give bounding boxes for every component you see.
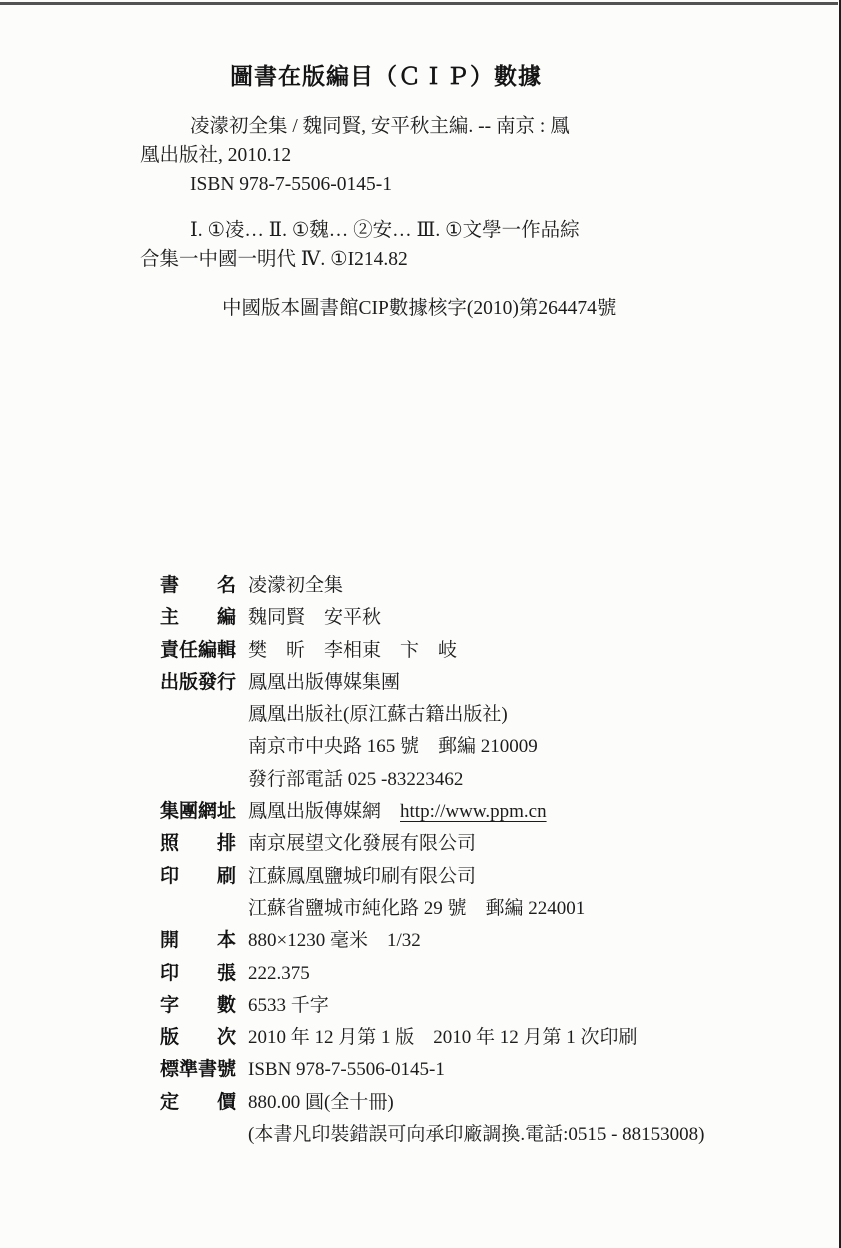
colophon-line-printer-address: 江蘇省鹽城市純化路 29 號 郵編 224001	[160, 893, 800, 925]
field-value: 南京展望文化發展有限公司	[248, 828, 476, 860]
field-label: 印張	[160, 958, 236, 990]
colophon-line-edition: 版次 2010 年 12 月第 1 版 2010 年 12 月第 1 次印刷	[160, 1022, 800, 1054]
field-value: 222.375	[248, 958, 310, 990]
field-value: 發行部電話 025 -83223462	[248, 764, 463, 796]
field-label	[160, 893, 236, 925]
cip-classification-line1: Ⅰ. ①凌… Ⅱ. ①魏… ②安… Ⅲ. ①文學一作品綜	[140, 216, 755, 245]
field-label: 集團網址	[160, 796, 236, 828]
field-label	[160, 764, 236, 796]
colophon-line-distribution-phone: 發行部電話 025 -83223462	[160, 764, 800, 796]
field-label: 出版發行	[160, 667, 236, 699]
field-label: 開本	[160, 925, 236, 957]
field-value: 樊 昕 李相東 卞 岐	[248, 635, 457, 667]
field-value: 鳳凰出版傳媒網 http://www.ppm.cn	[248, 796, 547, 828]
field-label: 照排	[160, 828, 236, 860]
field-value: 2010 年 12 月第 1 版 2010 年 12 月第 1 次印刷	[248, 1022, 638, 1054]
field-label: 標準書號	[160, 1054, 236, 1086]
field-value: ISBN 978-7-5506-0145-1	[248, 1054, 445, 1086]
scan-edge-top	[0, 2, 838, 5]
colophon-line-format: 開本 880×1230 毫米 1/32	[160, 925, 800, 957]
field-label: 主編	[160, 602, 236, 634]
colophon-line-publisher-cont: 鳳凰出版社(原江蘇古籍出版社)	[160, 699, 800, 731]
field-value: 江蘇鳳凰鹽城印刷有限公司	[248, 861, 476, 893]
cip-record-number: 中國版本圖書館CIP數據核字(2010)第264474號	[140, 294, 755, 323]
colophon-line-printer: 印刷 江蘇鳳凰鹽城印刷有限公司	[160, 861, 800, 893]
colophon-line-responsible-editors: 責任編輯 樊 昕 李相東 卞 岐	[160, 635, 800, 667]
website-url: http://www.ppm.cn	[400, 801, 547, 822]
field-label: 版次	[160, 1022, 236, 1054]
field-value: 6533 千字	[248, 990, 329, 1022]
cip-description-line2: 凰出版社, 2010.12	[140, 141, 755, 170]
colophon-line-group-website: 集團網址 鳳凰出版傳媒網 http://www.ppm.cn	[160, 796, 800, 828]
colophon-line-word-count: 字數 6533 千字	[160, 990, 800, 1022]
website-name: 鳳凰出版傳媒網	[248, 801, 400, 822]
field-value: 魏同賢 安平秋	[248, 602, 381, 634]
colophon-block: 書名 凌濛初全集 主編 魏同賢 安平秋 責任編輯 樊 昕 李相東 卞 岐 出版發…	[160, 570, 800, 1151]
field-value: 江蘇省鹽城市純化路 29 號 郵編 224001	[248, 893, 585, 925]
field-label	[160, 731, 236, 763]
colophon-line-price: 定價 880.00 圓(全十冊)	[160, 1087, 800, 1119]
field-value: 凌濛初全集	[248, 570, 343, 602]
field-label: 書名	[160, 570, 236, 602]
cip-description-line1: 凌濛初全集 / 魏同賢, 安平秋主編. -- 南京 : 鳳	[140, 112, 755, 141]
colophon-line-publisher: 出版發行 鳳凰出版傳媒集團	[160, 667, 800, 699]
field-value: 880.00 圓(全十冊)	[248, 1087, 394, 1119]
cip-data-block: 凌濛初全集 / 魏同賢, 安平秋主編. -- 南京 : 鳳 凰出版社, 2010…	[140, 112, 755, 323]
colophon-line-misprint-note: (本書凡印裝錯誤可向承印廠調換.電話:0515 - 88153008)	[160, 1119, 800, 1151]
colophon-line-publisher-address: 南京市中央路 165 號 郵編 210009	[160, 731, 800, 763]
field-value: 鳳凰出版社(原江蘇古籍出版社)	[248, 699, 508, 731]
field-label	[160, 699, 236, 731]
field-value: 880×1230 毫米 1/32	[248, 925, 421, 957]
colophon-line-chief-editors: 主編 魏同賢 安平秋	[160, 602, 800, 634]
field-label: 字數	[160, 990, 236, 1022]
colophon-line-book-title: 書名 凌濛初全集	[160, 570, 800, 602]
field-value: 鳳凰出版傳媒集團	[248, 667, 400, 699]
field-label: 定價	[160, 1087, 236, 1119]
field-label: 責任編輯	[160, 635, 236, 667]
cip-title: 圖書在版編目（ＣＩＰ）數據	[230, 58, 542, 91]
cip-isbn: ISBN 978-7-5506-0145-1	[140, 170, 755, 199]
field-value: (本書凡印裝錯誤可向承印廠調換.電話:0515 - 88153008)	[248, 1119, 705, 1151]
copyright-page: 圖書在版編目（ＣＩＰ）數據 凌濛初全集 / 魏同賢, 安平秋主編. -- 南京 …	[0, 0, 841, 1248]
field-label	[160, 1119, 236, 1151]
colophon-line-standard-isbn: 標準書號 ISBN 978-7-5506-0145-1	[160, 1054, 800, 1086]
colophon-line-sheets: 印張 222.375	[160, 958, 800, 990]
field-label: 印刷	[160, 861, 236, 893]
cip-classification-line2: 合集一中國一明代 Ⅳ. ①I214.82	[140, 245, 755, 274]
field-value: 南京市中央路 165 號 郵編 210009	[248, 731, 538, 763]
colophon-line-typesetting: 照排 南京展望文化發展有限公司	[160, 828, 800, 860]
